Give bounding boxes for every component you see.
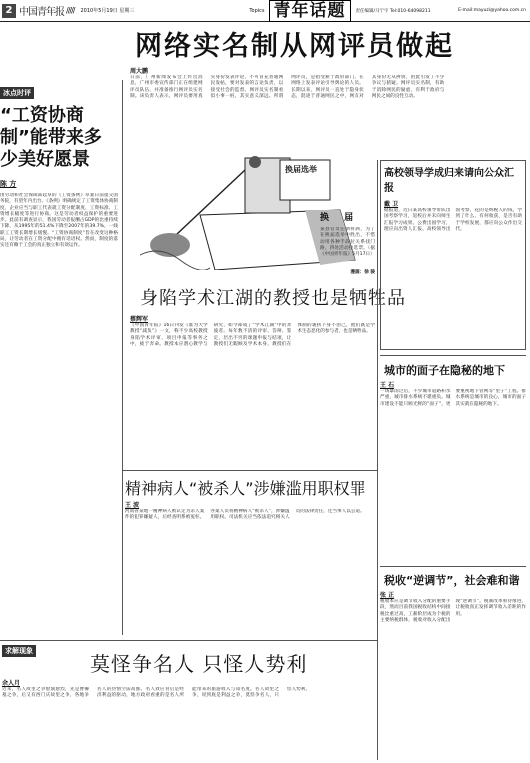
- section-divider: [380, 566, 526, 567]
- slashes-decoration: /////: [66, 6, 74, 15]
- editor-info: 责任编辑/马宁宇 Tel:010-64098211: [356, 8, 431, 14]
- column-title: 青年话题: [269, 0, 351, 22]
- professor-headline: 身陷学术江湖的教授也是牺牲品: [140, 284, 406, 310]
- column-divider: [122, 80, 123, 635]
- main-article: 周大鹏 日前，广州新闻发布会上传出消息，广州市委宣传部门正在组建网评员队伍，并准…: [130, 66, 525, 159]
- cartoon-caption: 换 届 某县官员任期将满，为了在换届选举中胜出，不惜动用各种手段拉关系找门路，四…: [320, 210, 375, 275]
- cartoon-caption-title: 换 届: [320, 210, 375, 223]
- section-divider: [122, 470, 377, 471]
- issue-date: 2010年5月19日 星期三: [80, 7, 134, 14]
- city-author: 王 石: [380, 380, 526, 389]
- professor-body: 《中国青年报》16日刊发《谁为大学教授“减负”》一文，称不少高校教授身陷学术评审…: [130, 323, 375, 473]
- city-body: 一场暴雨过后，不少城市道路积水严重，城市排水系统不堪重负。城市建设不能只顾光鲜的…: [380, 389, 526, 569]
- fame-author: 余人月: [2, 678, 374, 687]
- leaders-body: 据报道，近日某高校领导带队出国考察学习，返校后并未向师生汇报学习成果。公费出国学…: [384, 208, 522, 368]
- mental-body: 河南省某地一精神病人被认定为杀人案件的犯罪嫌疑人，后经查明系被冤枉。办案人员将精…: [125, 509, 375, 639]
- column-divider: [377, 160, 378, 760]
- tax-article: 张 正 税收本应是调节收入分配的重要手段，然而目前我国税收结构中间接税比重过高，…: [380, 590, 526, 763]
- fame-body: 近来，名人故里之争愈演愈烈，先是曹操墓之争，后又有西门庆故里之争，各地争名人的热…: [2, 687, 374, 763]
- cartoon-artist: 漫画：徐 骏: [320, 269, 375, 275]
- leaders-headline: 高校领导学成归来请向公众汇报: [384, 164, 522, 194]
- main-article-body: 日前，广州新闻发布会上传出消息，广州市委宣传部门正在组建网评员队伍，并准备推行网…: [130, 75, 525, 159]
- mental-headline: 精神病人“被杀人”涉嫌滥用职权罪: [125, 476, 366, 499]
- masthead: 2 中国青年报 ///// 2010年5月19日 星期三 Topics 青年话题…: [0, 0, 530, 22]
- leaders-author: 戴 卫: [384, 199, 522, 208]
- contact-email: E-mail:mayuzi@yahoo.com.cn: [458, 8, 526, 13]
- page-number: 2: [2, 4, 16, 18]
- side-column: 冰点时评 “工资协商制”能带来多少美好愿景 陈 方 由劳动和社会保障部起草的《工…: [0, 80, 118, 593]
- section-divider: [380, 355, 526, 356]
- city-article: 王 石 一场暴雨过后，不少城市道路积水严重，城市排水系统不堪重负。城市建设不能只…: [380, 380, 526, 569]
- fame-tag: 求解现象: [2, 645, 36, 657]
- svg-text:换届选举: 换届选举: [285, 164, 317, 174]
- mental-article: 王 波 河南省某地一精神病人被认定为杀人案件的犯罪嫌疑人，后经查明系被冤枉。办案…: [125, 500, 375, 639]
- main-headline: 网络实名制从网评员做起: [135, 24, 454, 63]
- tax-author: 张 正: [380, 590, 526, 599]
- section-divider: [0, 640, 377, 641]
- section-label: Topics: [249, 8, 264, 14]
- main-article-author: 周大鹏: [130, 66, 525, 75]
- professor-author: 蔡辉军: [130, 314, 375, 323]
- mental-author: 王 波: [125, 500, 375, 509]
- city-headline: 城市的面子在隐秘的地下: [384, 362, 505, 378]
- side-column-body: 由劳动和社会保障部起草的《工资条例》草案日前提交国务院，有望年内出台。《条例》明…: [0, 193, 118, 593]
- side-column-tag: 冰点时评: [0, 87, 34, 99]
- professor-article: 蔡辉军 《中国青年报》16日刊发《谁为大学教授“减负”》一文，称不少高校教授身陷…: [130, 314, 375, 473]
- side-column-author: 陈 方: [0, 179, 118, 189]
- tax-body: 税收本应是调节收入分配的重要手段，然而目前我国税收结构中间接税比重过高，工薪阶层…: [380, 599, 526, 763]
- fame-headline: 莫怪争名人 只怪人势利: [90, 648, 307, 677]
- fame-article: 余人月 近来，名人故里之争愈演愈烈，先是曹操墓之争，后又有西门庆故里之争，各地争…: [2, 678, 374, 763]
- paper-logo: 中国青年报: [19, 3, 64, 18]
- leaders-article-box: 高校领导学成归来请向公众汇报 戴 卫 据报道，近日某高校领导带队出国考察学习，返…: [380, 160, 526, 350]
- cartoon-caption-body: 某县官员任期将满，为了在换届选举中胜出，不惜动用各种手段拉关系找门路，四处活动拉…: [320, 227, 375, 269]
- tax-headline: 税收“逆调节”，社会难和谐: [384, 572, 519, 588]
- side-column-headline: “工资协商制”能带来多少美好愿景: [0, 105, 118, 171]
